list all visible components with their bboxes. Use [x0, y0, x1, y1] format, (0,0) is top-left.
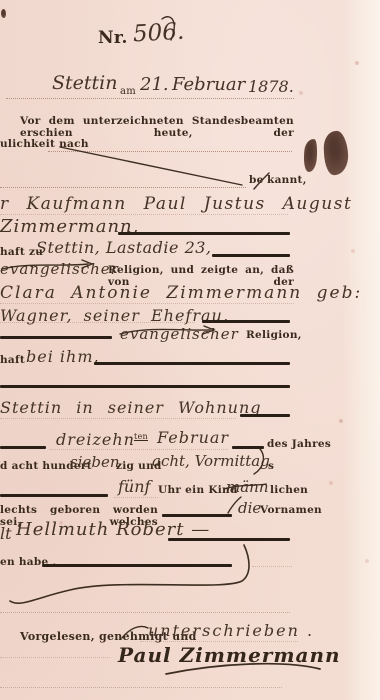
blank-rule — [0, 494, 108, 497]
gender-handwritten: männ — [226, 478, 269, 496]
known-text-be: be — [249, 174, 264, 186]
year-label: des Jahres — [267, 438, 331, 450]
bottom-rule — [0, 657, 110, 658]
blank-rule — [42, 564, 232, 567]
year-printed-s: s — [268, 460, 274, 472]
bottom-rule — [0, 612, 290, 613]
blank-rule — [118, 232, 290, 235]
blank-rule — [162, 514, 232, 517]
date-month: Februar — [172, 74, 245, 95]
paper-speckles — [0, 0, 2, 2]
date-day: 21. — [140, 74, 169, 95]
blank-rule — [232, 446, 264, 449]
child-names: Hellmuth Robert — — [16, 519, 210, 540]
bottom-rule — [0, 687, 282, 688]
known-text-kannt: kannt, — [267, 174, 307, 186]
closing-handwritten-text: unterschrieben . — [148, 621, 314, 640]
mother-name: Clara Antonie Zimmermann geb: — [0, 283, 362, 303]
child-name-cut: lt — [0, 524, 12, 543]
mother-religion-label: Religion, — [246, 329, 302, 341]
birth-hour: fünf — [118, 477, 150, 496]
identity-text-cut: ulichkeit nach — [0, 138, 89, 150]
record-number-label: Nr. — [98, 28, 128, 48]
known-rule — [0, 187, 246, 188]
blank-rule — [202, 320, 290, 323]
ink-blot — [323, 130, 349, 175]
signature: Paul Zimmermann — [118, 643, 341, 667]
date-line-rule — [6, 98, 294, 99]
blank-rule — [0, 336, 112, 339]
blank-rule — [0, 446, 46, 449]
baseline-rule — [252, 566, 292, 567]
date-place: Stettin — [52, 72, 117, 94]
year-handwritten-tens: sieben — [70, 453, 120, 471]
declarant-religion: evangelischer — [0, 260, 119, 278]
blank-rule — [240, 414, 290, 417]
birth-day-suffix: ten — [134, 432, 148, 441]
declarant-name-line1: r Kaufmann Paul Justus August — [0, 194, 352, 214]
mother-residence-label-cut: haft — [0, 354, 25, 366]
mother-residence: bei ihm, — [26, 347, 100, 366]
blank-rule — [94, 362, 290, 365]
baseline-rule — [0, 418, 236, 419]
document-scan: Nr. 506. Stettin am 21. Februar 1878. Vo… — [0, 0, 380, 700]
baseline-rule — [114, 497, 158, 498]
blank-rule — [168, 538, 290, 541]
ink-blot — [303, 139, 318, 173]
vornamen-handwritten: die — [238, 499, 261, 517]
blank-rule — [212, 254, 290, 257]
baseline-rule — [50, 449, 228, 450]
vornamen-label: Vornamen — [260, 504, 322, 516]
date-am-label: am — [120, 86, 136, 97]
gender-printed: lichen — [270, 484, 308, 496]
birth-place: Stettin in seiner Wohnung — [0, 398, 262, 417]
baseline-rule — [0, 214, 288, 215]
ink-blot — [1, 9, 6, 18]
date-year: 1878. — [248, 77, 294, 96]
birth-day: dreizehn — [56, 430, 135, 449]
mother-religion: evangelischer — [120, 325, 239, 343]
intro-text: Vor dem unterzeichneten Standesbeamten e… — [20, 115, 294, 139]
pen-flourish-swash — [10, 545, 249, 603]
pen-stroke-diagonal — [60, 147, 242, 185]
baseline-rule — [0, 303, 294, 304]
record-number-value: 506. — [132, 19, 185, 48]
declarant-residence: Stettin, Lastadie 23, — [36, 238, 212, 257]
identity-rule — [48, 151, 292, 152]
section-divider-rule — [0, 385, 290, 388]
mother-maiden-name: Wagner, seiner Ehefrau, — [0, 306, 229, 325]
birth-month: Februar — [157, 428, 229, 447]
year-handwritten-ones: acht, Vormittag — [152, 452, 270, 470]
